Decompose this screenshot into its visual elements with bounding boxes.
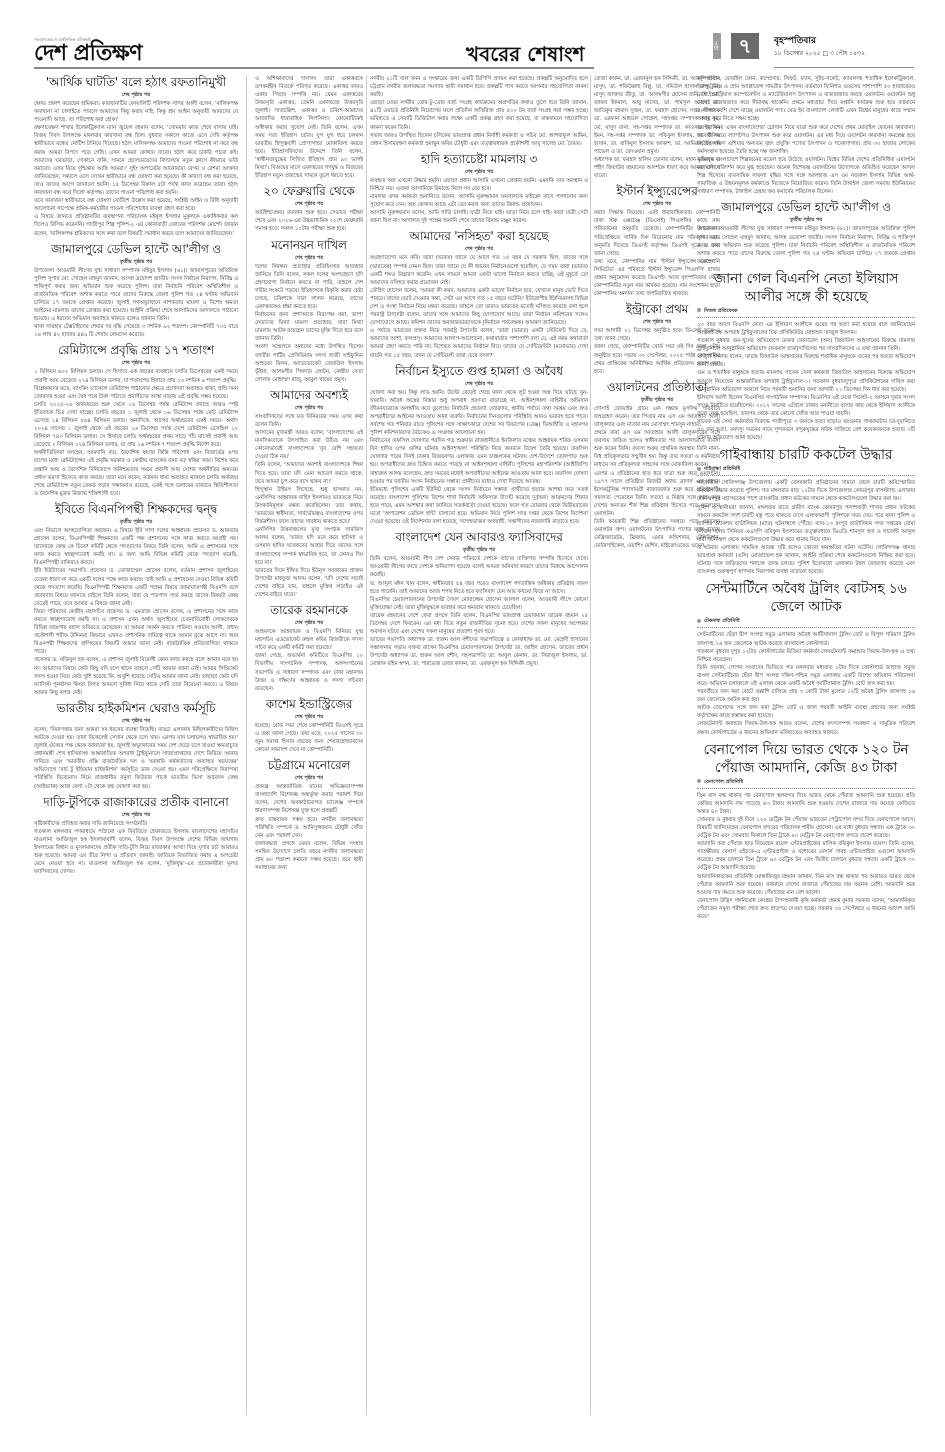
byline-text: টেকনাফ প্রতিনিধি (704, 618, 740, 624)
article-body: বলেন, 'নিরাপত্তার জন্য আমরা সব ধরনের ব্য… (34, 726, 238, 791)
continued-from-label: শেষ পৃষ্ঠার পর (255, 254, 363, 262)
paragraph: বেনাপোল উদ্ভিদ সঙ্গনিরোধ কেন্দ্রের উপসহক… (697, 897, 915, 921)
weekday: বৃহস্পতিবার (774, 36, 865, 47)
paragraph: ব্যবহৃত অস্ত্র এখনো উদ্ধার হয়নি। এছাড়া… (370, 177, 588, 193)
paragraph: উপজেলা আওয়ামী লীগের যুগ্ম সাধারণ সম্পাদ… (34, 267, 238, 324)
paragraph: মামলার তদন্ত কর্মকর্তা শুনানিতে বলেন, আস… (370, 193, 588, 209)
article: দাড়ি-টুপিকে রাজাকারের প্রতীক বানানোশেষ … (34, 795, 238, 877)
article-headline[interactable]: সেন্টমার্টিনে অবৈধ ট্রলিং বোটসহ ১৬ জেলে … (697, 580, 915, 616)
paragraph: রক্ষণাবেক্ষণ শাখার ইলেকট্রিক্যাল ম্যান জ… (34, 124, 238, 197)
paragraph: ইবি ইউট্যাবের সভাপতি প্রফেসর ড. তোজাম্মে… (34, 567, 238, 607)
continued-from-label: শেষ পৃষ্ঠার পর (34, 811, 238, 819)
paragraph: উপজেলা আওয়ামী লীগের যুগ্ম সাধারণ সম্পাদ… (697, 225, 915, 265)
paragraph: সংবাদ সম্মেলনে অন্যদের মধ্যে উপস্থিত ছিল… (255, 343, 363, 383)
article: 'আর্থিক ঘাটতি' বলে হঠাৎ রফতানিমুখীশেষ পৃ… (34, 75, 238, 238)
article-headline[interactable]: দাড়ি-টুপিকে রাজাকারের প্রতীক বানানো (34, 795, 238, 810)
article: মনোনয়ন দাখিলশেষ পৃষ্ঠার পরদলের নিবন্ধন … (255, 238, 363, 384)
byline: গাইবান্ধা প্রতিনিধি (697, 465, 915, 476)
column-5: কম্পিউটার, মোবাইল ফোন, কম্প্রেসার, লিফট,… (697, 75, 915, 1415)
byline-text: নিজস্ব প্রতিবেদক (704, 308, 738, 314)
article-body: ব্যবহৃত অস্ত্র এখনো উদ্ধার হয়নি। এছাড়া… (370, 177, 588, 226)
paragraph: তৌহিদ হোসেন বলেন, 'আমরা কী করব, আমাদের এ… (370, 287, 588, 327)
section-title: খবরের শেষাংশ (466, 42, 585, 66)
bullet-icon (697, 467, 701, 471)
article-body: এবং বিভাগে অসহযোগিতা করছেন। এ বিষয়ে ইবি… (34, 527, 238, 697)
paragraph: তবে কারখানা স্থায়ীভাবে বন্ধ ঘোষণা নোটিশ… (34, 197, 238, 213)
article-body: সাংবাদিকদের সঙ্গে মত বিনিময়ের সময় এসব … (255, 413, 363, 599)
article-headline[interactable]: আমাদের অবশ্যই (255, 388, 363, 403)
article: জামালপুরে ডেভিল হান্টে আ'লীগ ওতৃতীয় পৃষ… (34, 242, 238, 340)
continued-from-label: তৃতীয় পৃষ্ঠার পর (697, 216, 915, 224)
article-body: নগরীর ২১টি খাল খনন ও সংস্কারের জন্য একটি… (370, 75, 588, 148)
article: কাশেম ইন্ডাস্ট্রিজেরশেষ পৃষ্ঠার পরহয়েছে… (255, 697, 363, 754)
paragraph: ঘোষণা করা হয়। কিন্তু লাভ হয়নি। উল্টো ব… (370, 389, 588, 438)
paragraph: ড্যাবের সভাপতি অধ্যাপক ডা. হারুন আল রশীদ… (370, 636, 588, 668)
continued-from-label: শেষ পৃষ্ঠার পর (370, 245, 588, 253)
article-headline[interactable]: চট্টগ্রামে মনোরেল (255, 758, 363, 773)
article: হাদি হত্যাচেষ্টা মামলায় ৩শেষ পৃষ্ঠার পর… (370, 152, 588, 226)
column-rule (246, 75, 247, 1415)
paragraph: আসামের মুখ্যমন্ত্রী আরও বলেন, 'বাংলাদেশে… (255, 429, 363, 461)
article: আমাদের 'নসিহত' করা হয়েছেশেষ পৃষ্ঠার পরঅ… (370, 229, 588, 359)
article: ভারতীয় হাইকমিশন ঘেরাও কর্মসূচিশেষ পৃষ্ঠ… (34, 701, 238, 791)
continued-from-label: শেষ পৃষ্ঠার পর (255, 404, 363, 412)
continued-from-label: শেষ পৃষ্ঠার পর (370, 380, 588, 388)
paragraph: দ্রুত বাস্তবায়ন সম্ভব হবে। নগরীর জলাবদ্… (255, 816, 363, 840)
paragraph: তারেক রহমানের দেশে ফেরা প্রসঙ্গে তিনি বল… (370, 612, 588, 636)
article: সেন্টমার্টিনে অবৈধ ট্রলিং বোটসহ ১৬ জেলে … (697, 580, 915, 736)
article-body: উপজেলা আওয়ামী লীগের যুগ্ম সাধারণ সম্পাদ… (34, 267, 238, 340)
column-3: নগরীর ২১টি খাল খনন ও সংস্কারের জন্য একটি… (370, 75, 588, 1415)
paragraph: গাইবান্ধার গোবিন্দগঞ্জ উপজেলায় একটি বেস… (697, 479, 915, 503)
article-body: আটইশতেম্বর) রমজান শুরু হবে। সেভাবে পরীক্… (255, 209, 363, 233)
paragraph: জলাবদ্ধতা প্রসঙ্গে মেয়র বলেন, বিভিন্ন স… (255, 840, 363, 872)
paragraph: ড. আব্দুল মঈন খান বলেন, স্বাধীনতার ৫৪ বছ… (370, 580, 588, 596)
date-line: ১৮ ডিসেম্বর ২০২৫ □ ৩ পৌষ ১৪৩২ (774, 49, 865, 58)
article-body: হয়েছে। বোর্ড সভা শেষে কোম্পানিটি ডিএসই … (255, 722, 363, 754)
paragraph: তিন মাস বন্ধ থাকার পর বেনাপোল স্থলবন্দর … (697, 792, 915, 816)
paragraph: তিনি বলেন, আওয়ামী লীগ দেশ সেবার পরিবর্ত… (370, 555, 588, 579)
article-body: গাইবান্ধার গোবিন্দগঞ্জ উপজেলায় একটি বেস… (697, 479, 915, 576)
bullet-icon (697, 779, 701, 783)
paragraph: আসামি নুরুজ্জামান বলেন, আমি গাড়ি চালাই।… (370, 209, 588, 225)
paragraph: তাজুল ইসলাম বলেন, তদন্তে জিয়াউল আহসানের… (697, 353, 915, 369)
article: আমাদের অবশ্যইশেষ পৃষ্ঠার পরসাংবাদিকদের স… (255, 388, 363, 599)
article-headline[interactable]: তারেক রহমানকে (255, 603, 363, 618)
paragraph: চলতি ২০২৫-২৬ অর্থবছরের শুরু থেকে ১৬ ডিসে… (34, 401, 238, 450)
paragraph: কম্পিউটার, মোবাইল ফোন, কম্প্রেসার, লিফট,… (697, 75, 915, 124)
article: জানা গেল বিএনপি নেতা ইলিয়াস আলীর সঙ্গে … (697, 270, 915, 442)
byline-text: বেনাপোল প্রতিনিধি (704, 779, 743, 785)
column-rule (366, 75, 367, 1415)
article: তারেক রহমানকেশেষ পৃষ্ঠার পরআহমদকে আহবায়… (255, 603, 363, 693)
article-body: আহমদকে আহবায়ক ও বিএনপি মিনিয়র যুগ্ম মহ… (255, 628, 363, 693)
paragraph: আটইশতেম্বর) রমজান শুরু হবে। সেভাবে পরীক্… (255, 209, 363, 233)
article: ইবিতে বিএনপিপন্থী শিক্ষকদের দ্বন্দ্বতৃতী… (34, 502, 238, 697)
paragraph: এনসিপির উত্তরাঞ্চলের মুখ্য সংগঠক সারজিস … (255, 526, 363, 566)
article-body: ১ বিলিয়ন ৬০২ মিলিয়ন ডলার। সে হিসাবে এক… (34, 368, 238, 498)
article: বাংলাদেশ যেন আবারও ফ্যাসিবাদেরতৃতীয় পৃষ… (370, 530, 588, 668)
continued-from-label: তৃতীয় পৃষ্ঠার পর (370, 546, 588, 554)
date-block: বৃহস্পতিবার ১৮ ডিসেম্বর ২০২৫ □ ৩ পৌষ ১৪৩… (774, 36, 865, 58)
continued-from-label: শেষ পৃষ্ঠার পর (255, 200, 363, 208)
article-body: ১৩ বছর আগে বিএনপি নেতা এম ইলিয়াস আলীকে … (697, 321, 915, 442)
bullet-icon (697, 619, 701, 623)
article-body: তিন মাস বন্ধ থাকার পর বেনাপোল স্থলবন্দর … (697, 792, 915, 922)
paragraph: আহমদকে আহবায়ক ও বিএনপি মিনিয়র যুগ্ম মহ… (255, 628, 363, 652)
paragraph: প্রকল্পে আন্তর্জাতিক মানের অভিজ্ঞতাসম্পন… (255, 783, 363, 815)
article-headline[interactable]: জানা গেল বিএনপি নেতা ইলিয়াস আলীর সঙ্গে … (697, 270, 915, 306)
article-body: প্রকল্পে আন্তর্জাতিক মানের অভিজ্ঞতাসম্পন… (255, 783, 363, 872)
paragraph: থাকা সায়হাম টেক্সটাইলের শেয়ার দর বৃদ্ধ… (34, 323, 238, 339)
continued-from-label: শেষ পৃষ্ঠার পর (34, 359, 238, 367)
continued-from-label: শেষ পৃষ্ঠার পর (255, 774, 363, 782)
article-headline[interactable]: বেনাপোল দিয়ে ভারত থেকে ১২০ টন পেঁয়াজ আ… (697, 741, 915, 777)
paragraph: এ ঘটনায় এলাকায় সাময়িক আতঙ্ক সৃষ্টি হল… (697, 544, 915, 576)
paragraph: তিনি বলেন, 'আমাদের অবশ্যই বাংলাদেশকে শিক… (255, 461, 363, 485)
article-body: ঘোষণা করা হয়। কিন্তু লাভ হয়নি। উল্টো ব… (370, 389, 588, 527)
paragraph: হয়েছে। বোর্ড সভা শেষে কোম্পানিটি ডিএসই … (255, 722, 363, 754)
article-headline[interactable]: মনোনয়ন দাখিল (255, 238, 363, 253)
article-headline[interactable]: বাংলাদেশ যেন আবারও ফ্যাসিবাদের (370, 530, 588, 545)
article: ২০ ফেব্রুয়ারি থেকেশেষ পৃষ্ঠার পরআটইশতেম… (255, 184, 363, 233)
paragraph: ১ বিলিয়ন ৬০২ মিলিয়ন ডলার। সে হিসাবে এক… (34, 368, 238, 384)
continued-from-label: শেষ পৃষ্ঠার পর (34, 91, 238, 99)
continued-from-label: তৃতীয় পৃষ্ঠার পর (34, 258, 238, 266)
paragraph: ইলিয়াস আলী ছিলেন বিএনপির সাংগঠনিক সম্পা… (697, 394, 915, 418)
paragraph: ইতিমধ্যে পুলিশের একটি ইউনিট থেকে সংসদ নি… (370, 486, 588, 526)
paragraph: আমদানিকারকের প্রতিনিধি মোস্তাফিজুর রহমান… (697, 873, 915, 897)
masthead-divider (34, 67, 594, 69)
newspaper-logo[interactable]: দেশ প্রতিক্ষণ (34, 42, 142, 66)
article-body: কম্পিউটার, মোবাইল ফোন, কম্প্রেসার, লিফট,… (697, 75, 915, 196)
paragraph: গতকাল মঙ্গলবার গণমাধ্যমে পাঠানো এক বিবৃত… (34, 828, 238, 877)
article-headline[interactable]: ভারতীয় হাইকমিশন ঘেরাও কর্মসূচি (34, 701, 238, 716)
paragraph: ১৩ বছর আগে বিএনপি নেতা এম ইলিয়াস আলীকে … (697, 321, 915, 337)
paragraph: ও অশিক্ষাবাদের দালাল। তারা একাত্তরকে রূপ… (255, 75, 363, 180)
paragraph: বিএনপির চেয়ারপারসনের উপদেষ্টা সৈয়দ মোয… (370, 596, 588, 612)
paragraph: লেফটেন্যান্ট কমান্ডার সিয়াম-উল-হক আরও ব… (697, 720, 915, 736)
paragraph: সাবেক এই সেনা কর্মকর্তার বিরুদ্ধে গাজীপু… (697, 418, 915, 442)
article-headline[interactable]: গাইবান্ধায় চারটি ককটেল উদ্ধার (697, 446, 915, 464)
paragraph: এবং বিভাগে অসহযোগিতা করছেন। এ বিষয়ে ইবি… (34, 527, 238, 567)
paragraph: নির্বাচনের তফসিল ঘোষণার পরদিন গত শুক্রবা… (370, 437, 588, 486)
paragraph: ক্ষোভ প্রকাশ করেছেন শ্রমিকরা। কারখানাটির… (34, 100, 238, 124)
date-divider (774, 67, 914, 68)
paragraph: গতকাল বুধবার গুম-খুনের অভিযোগে মেজর জেনা… (697, 337, 915, 353)
article-body: উপজেলা আওয়ামী লীগের যুগ্ম সাধারণ সম্পাদ… (697, 225, 915, 265)
article-headline[interactable]: রেমিট্যান্সে প্রবৃদ্ধি প্রায় ১৭ শতাংশ (34, 343, 238, 358)
paragraph: পরবর্তীতে জব্দ করা বোটে তল্লাশি চালিয়ে … (697, 688, 915, 704)
article-headline[interactable]: কাশেম ইন্ডাস্ট্রিজের (255, 697, 363, 712)
paragraph: বিশ্লেষকদের মতে, ব্যাংকিং চ্যানেলে রেমিট… (34, 385, 238, 401)
byline-text: গাইবান্ধা প্রতিনিধি (704, 466, 740, 472)
paragraph: সেন্টমার্টিনের ছেঁড়া দ্বীপ সংলগ্ন সমুদ্… (697, 631, 915, 647)
article-headline[interactable]: ২০ ফেব্রুয়ারি থেকে (255, 184, 363, 199)
article-body: ক্ষোভ প্রকাশ করেছেন শ্রমিকরা। কারখানাটির… (34, 100, 238, 238)
article-body: অগ্রহণযোগ্য মনে করি। তারা (ভারত) জানে যে… (370, 254, 588, 359)
column-rule (590, 75, 591, 1415)
article: চট্টগ্রামে মনোরেলশেষ পৃষ্ঠার পরপ্রকল্পে … (255, 758, 363, 872)
article-headline[interactable]: জামালপুরে ডেভিল হান্টে আ'লীগ ও (697, 200, 915, 215)
paragraph: জানা গেছে, অভ্যর্থনা কমিটিতে বিএনপির ১০ … (255, 652, 363, 692)
article-headline[interactable]: ইবিতে বিএনপিপন্থী শিক্ষকদের দ্বন্দ্ব (34, 502, 238, 517)
article-headline[interactable]: জামালপুরে ডেভিল হান্টে আ'লীগ ও (34, 242, 238, 257)
continued-from-label: শেষ পৃষ্ঠার পর (255, 619, 363, 627)
paragraph: ভারতের দিকে ইঙ্গিত দিয়ে ইউনূস সরকারের প… (255, 567, 363, 599)
paragraph: সৃষ্টিকারীদের প্রতিহত করার দাবি জানিয়েছ… (34, 820, 238, 828)
paragraph: এরপর 'সময় এখন বাংলাদেশের' স্লোগান নিয়ে… (697, 124, 915, 156)
paragraph: বলেন, 'নিরাপত্তার জন্য আমরা সব ধরনের ব্য… (34, 726, 238, 791)
continued-from-label: তৃতীয় পৃষ্ঠার পর (34, 518, 238, 526)
paragraph: পুলিশ ও স্থানীয়রা জানান, মঙ্গলবার রাতে … (697, 504, 915, 544)
article: কম্পিউটার, মোবাইল ফোন, কম্প্রেসার, লিফট,… (697, 75, 915, 196)
newspaper-page: সত্যবাদকের ও অর্থনৈতিক প্রতিচ্ছবি দেশ প্… (0, 0, 945, 1452)
article-headline[interactable]: হাদি হত্যাচেষ্টা মামলায় ৩ (370, 152, 588, 167)
paragraph: সোমবার ও বুধবার দুই দিনে ১২০ মেট্রিক টন … (697, 816, 915, 840)
article-headline[interactable]: আমাদের 'নসিহত' করা হয়েছে (370, 229, 588, 244)
paragraph: আমদানি করা পেঁয়াজ ছাড় নিয়েছেন রয়েল এ… (697, 840, 915, 872)
byline: টেকনাফ প্রতিনিধি (697, 617, 915, 628)
bullet-icon (697, 308, 701, 312)
paragraph: এছাড়া মেয়র নগরীর ডোর-টু-ডোর বর্জ্য সংগ… (370, 99, 588, 131)
article: বেনাপোল দিয়ে ভারত থেকে ১২০ টন পেঁয়াজ আ… (697, 741, 915, 922)
paragraph: বর্তমানে বাংলাদেশে শিল্পায়নের মডেল হয়ে… (697, 156, 915, 196)
paragraph: এ পর্যায়ে ভারতের বক্তব্য নিয়ে পররাষ্ট্… (370, 327, 588, 359)
article-headline[interactable]: 'আর্থিক ঘাটতি' বলে হঠাৎ রফতানিমুখী (34, 75, 238, 90)
article-body: সৃষ্টিকারীদের প্রতিহত করার দাবি জানিয়েছ… (34, 820, 238, 877)
continued-from-label: শেষ পৃষ্ঠার পর (255, 713, 363, 721)
paragraph: গুম ও শতাধিক মানুষকে হত্যার মামলায় সাবে… (697, 369, 915, 393)
paragraph: হিন্দুস্থান টাইমস লিখেছে, শুধু হাসনাত নন… (255, 486, 363, 526)
paragraph: নগরীর ২১টি খাল খনন ও সংস্কারের জন্য একটি… (370, 75, 588, 99)
paragraph: নির্বাচনের জন্য প্রশাসনকে নিরপেক্ষ করা, … (255, 311, 363, 343)
article: নির্বাচন ইস্যুতে গুপ্ত হামলা ও অবৈধশেষ প… (370, 364, 588, 527)
article-body: সেন্টমার্টিনের ছেঁড়া দ্বীপ সংলগ্ন সমুদ্… (697, 631, 915, 736)
article-body: ও অশিক্ষাবাদের দালাল। তারা একাত্তরকে রূপ… (255, 75, 363, 180)
byline: বেনাপোল প্রতিনিধি (697, 778, 915, 789)
byline: নিজস্ব প্রতিবেদক (697, 307, 915, 318)
paragraph: আটক জেলেদের সঙ্গে জব্দ করা ট্রলিং বোট ও … (697, 704, 915, 720)
article: রেমিট্যান্সে প্রবৃদ্ধি প্রায় ১৭ শতাংশশে… (34, 343, 238, 498)
continued-from-label: শেষ পৃষ্ঠার পর (370, 168, 588, 176)
paragraph: গতকাল বুধবার দুপুর ১২টায় কোস্টগার্ডের ম… (697, 648, 915, 664)
paragraph: এ বিষয়ে জানতে প্রতিষ্ঠানটির ব্যবস্থাপনা… (34, 213, 238, 237)
paragraph: অগ্রহণযোগ্য মনে করি। তারা (ভারত) জানে যে… (370, 254, 588, 286)
paragraph: তিনি জানান, গোপন সংবাদের ভিত্তিতে গত মঙ্… (697, 664, 915, 688)
article: নগরীর ২১টি খাল খনন ও সংস্কারের জন্য একটি… (370, 75, 588, 148)
article-body: তিনি বলেন, আওয়ামী লীগ দেশ সেবার পরিবর্ত… (370, 555, 588, 668)
page-number: ৭ (731, 33, 759, 59)
column-1: 'আর্থিক ঘাটতি' বলে হঠাৎ রফতানিমুখীশেষ পৃ… (34, 75, 238, 1415)
continued-from-label: শেষ পৃষ্ঠার পর (34, 717, 238, 725)
paragraph: সাংবাদিকদের সঙ্গে মত বিনিময়ের সময় এসব … (255, 413, 363, 429)
article: জামালপুরে ডেভিল হান্টে আ'লীগ ওতৃতীয় পৃষ… (697, 200, 915, 265)
article: ও অশিক্ষাবাদের দালাল। তারা একাত্তরকে রূপ… (255, 75, 363, 180)
article: গাইবান্ধায় চারটি ককটেল উদ্ধারগাইবান্ধা … (697, 446, 915, 576)
paragraph: প্রফেসর ড. নজিবুল হক বলেন, এ প্রশাসন জুল… (34, 656, 238, 696)
paragraph: দলের নিবন্ধন প্রত্যাহার প্রতিহিংসার আজহা… (255, 263, 363, 312)
paragraph: জিয়া পরিষদের কেন্দ্রীয় মহাসচিব প্রফেসর… (34, 608, 238, 657)
paragraph: অর্থনীতিবিদরা বলছেন, আমদানি ব্যয়, বৈদেশ… (34, 449, 238, 498)
article-headline[interactable]: নির্বাচন ইস্যুতে গুপ্ত হামলা ও অবৈধ (370, 364, 588, 379)
paragraph: সভায় আরও উপস্থিত ছিলেন চসিকের ভারপ্রাপ্… (370, 132, 588, 148)
column-2: ও অশিক্ষাবাদের দালাল। তারা একাত্তরকে রূপ… (255, 75, 363, 1415)
page-label-tab: পৃষ্ঠা (713, 33, 721, 59)
article-body: দলের নিবন্ধন প্রত্যাহার প্রতিহিংসার আজহা… (255, 263, 363, 384)
